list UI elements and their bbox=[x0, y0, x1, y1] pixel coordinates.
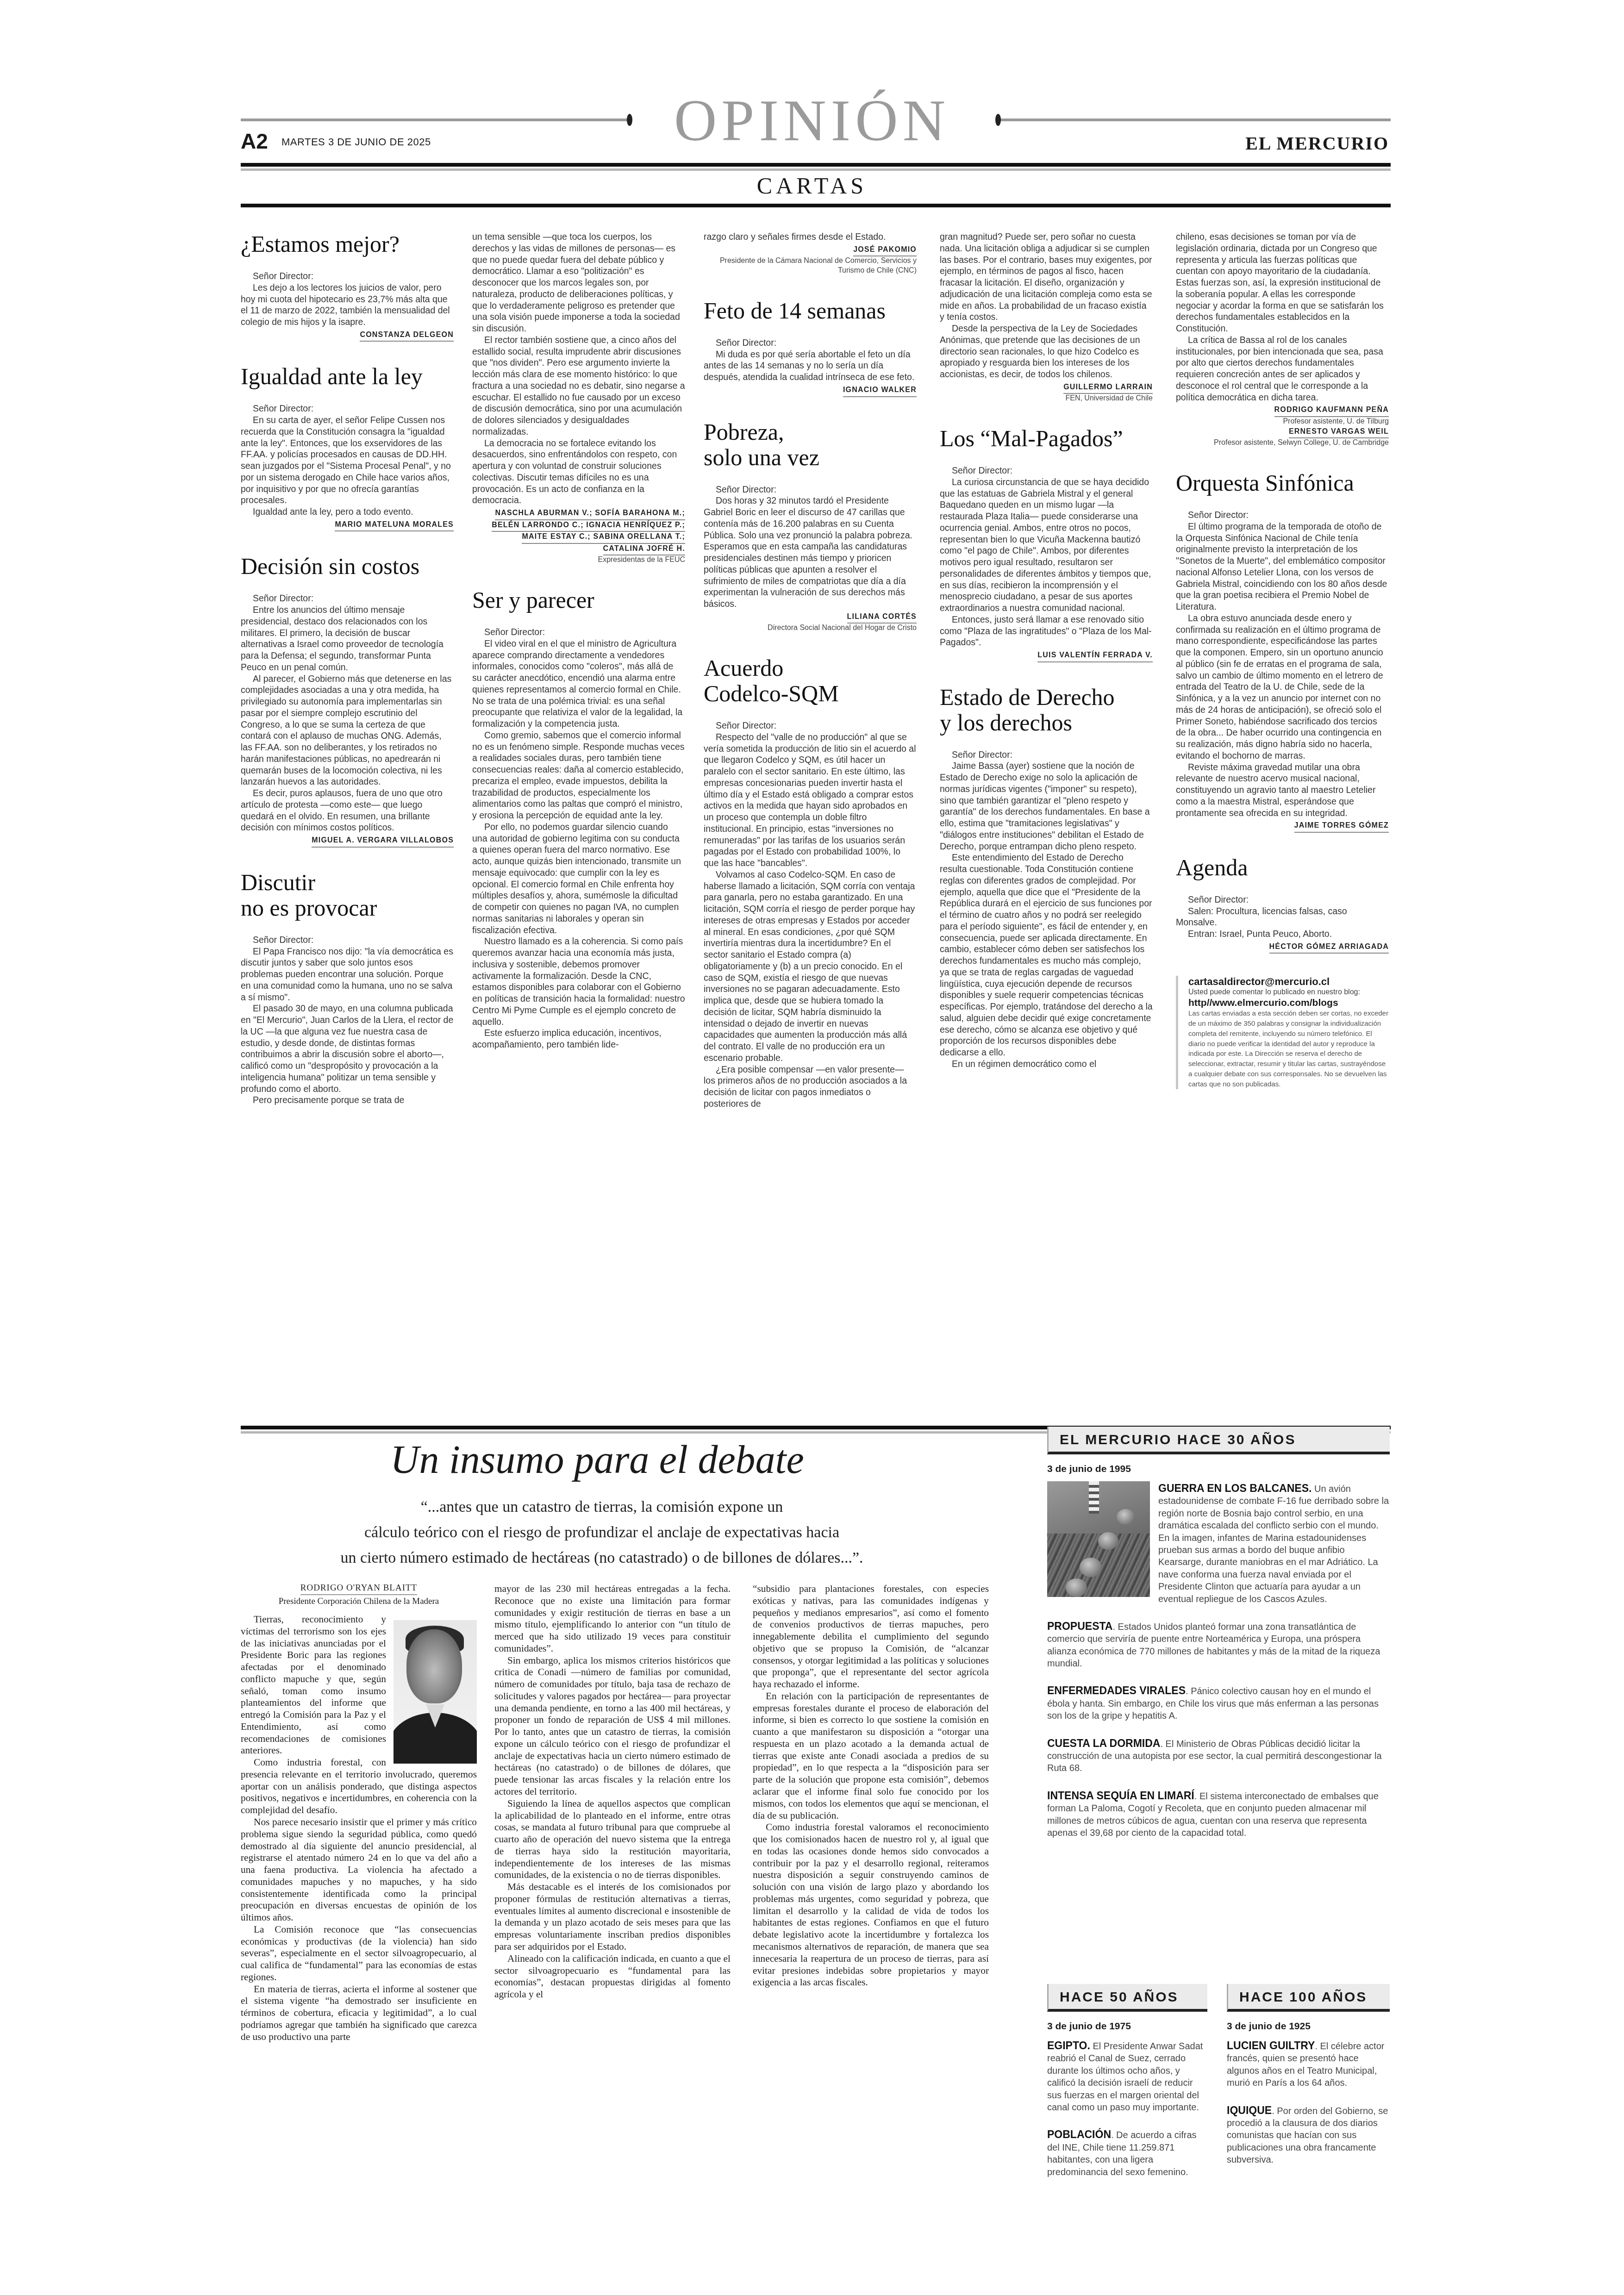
letters-column-5: chileno, esas decisiones se toman por ví… bbox=[1176, 231, 1389, 1089]
letter-title: Agenda bbox=[1176, 855, 1389, 880]
letter-paragraph: chileno, esas decisiones se toman por ví… bbox=[1176, 231, 1389, 335]
title-line: Acuerdo bbox=[704, 655, 783, 681]
letter-codelco-sqm: AcuerdoCodelco-SQM Señor Director: Respe… bbox=[704, 655, 917, 1110]
subsection-rule bbox=[241, 204, 1391, 207]
title-line: no es provocar bbox=[241, 895, 377, 921]
letter-title: Orquesta Sinfónica bbox=[1176, 470, 1389, 496]
letter-paragraph: Desde la perspectiva de la Ley de Socied… bbox=[940, 323, 1153, 380]
letters-rules: Las cartas enviadas a esta sección deben… bbox=[1188, 1009, 1389, 1089]
item-headline: EGIPTO. bbox=[1047, 2039, 1090, 2052]
letter-salute: Señor Director: bbox=[241, 593, 454, 605]
history-item: LUCIEN GUILTRY. El célebre actor francés… bbox=[1227, 2039, 1390, 2089]
letter-salute: Señor Director: bbox=[241, 935, 454, 946]
letter-title: Estado de Derechoy los derechos bbox=[940, 685, 1153, 736]
hace-100-date: 3 de junio de 1925 bbox=[1227, 2021, 1390, 2032]
letter-signature: JOSÉ PAKOMIO bbox=[853, 245, 917, 257]
letter-paragraph: Jaime Bassa (ayer) sostiene que la noció… bbox=[940, 761, 1153, 852]
hace-30-anos: EL MERCURIO HACE 30 AÑOS 3 de junio de 1… bbox=[1047, 1427, 1390, 1853]
letter-signature: CONSTANZA DELGEON bbox=[360, 330, 454, 342]
letter-paragraph: La obra estuvo anunciada desde enero y c… bbox=[1176, 613, 1389, 762]
letter-paragraph: razgo claro y señales firmes desde el Es… bbox=[704, 231, 917, 243]
oped-paragraph: Como industria forestal valoramos el rec… bbox=[753, 1821, 989, 1989]
oped-paragraph: La Comisión reconoce que “las consecuenc… bbox=[241, 1924, 477, 1983]
letter-orquesta-sinfonica: Orquesta Sinfónica Señor Director: El úl… bbox=[1176, 470, 1389, 833]
letter-paragraph: un tema sensible —que toca los cuerpos, … bbox=[472, 231, 685, 335]
letter-signature: LUIS VALENTÍN FERRADA V. bbox=[1037, 650, 1153, 662]
letter-salute: Señor Director: bbox=[704, 484, 917, 496]
letter-salute: Señor Director: bbox=[241, 271, 454, 282]
letter-paragraph: Pero precisamente porque se trata de bbox=[241, 1095, 454, 1106]
letter-title: Pobreza,solo una vez bbox=[704, 419, 917, 470]
letter-feto: Feto de 14 semanas Señor Director: Mi du… bbox=[704, 298, 917, 397]
history-item: CUESTA LA DORMIDA. El Ministerio de Obra… bbox=[1047, 1736, 1390, 1775]
title-line: y los derechos bbox=[940, 710, 1072, 736]
letter-paragraph: La curiosa circunstancia de que se haya … bbox=[940, 477, 1153, 614]
oped-paragraph: En materia de tierras, acierta el inform… bbox=[241, 1983, 477, 2043]
letter-salute: Señor Director: bbox=[704, 720, 917, 732]
letters-email-link[interactable]: cartasaldirector@mercurio.cl bbox=[1188, 976, 1389, 988]
letter-signature: HÉCTOR GÓMEZ ARRIAGADA bbox=[1269, 942, 1389, 954]
history-item: GUERRA EN LOS BALCANES. Un avión estadou… bbox=[1047, 1481, 1390, 1605]
letter-paragraph: Dos horas y 32 minutos tardó el Presiden… bbox=[704, 495, 917, 610]
author-portrait bbox=[394, 1620, 477, 1764]
letter-decision-sin-costos: Decisión sin costos Señor Director: Entr… bbox=[241, 554, 454, 847]
item-text: Un avión estadounidense de combate F-16 … bbox=[1158, 1484, 1389, 1604]
letter-paragraph: En un régimen democrático como el bbox=[940, 1059, 1153, 1070]
letter-paragraph: Volvamos al caso Codelco-SQM. En caso de… bbox=[704, 869, 917, 1064]
letter-codelco-continued: gran magnitud? Puede ser, pero soñar no … bbox=[940, 231, 1153, 404]
hace-50-header: HACE 50 AÑOS bbox=[1047, 1984, 1207, 2012]
hace-50-anos: HACE 50 AÑOS 3 de junio de 1975 EGIPTO. … bbox=[1047, 1984, 1207, 2192]
letter-discutir: Discutirno es provocar Señor Director: E… bbox=[241, 870, 454, 1106]
letter-mal-pagados: Los “Mal-Pagados” Señor Director: La cur… bbox=[940, 426, 1153, 662]
letter-salute: Señor Director: bbox=[472, 627, 685, 638]
item-text: El Presidente Anwar Sadat reabrió el Can… bbox=[1047, 2041, 1203, 2113]
hace-50-date: 3 de junio de 1975 bbox=[1047, 2021, 1207, 2032]
subsection-title: CARTAS bbox=[0, 174, 1624, 197]
letter-signature: LILIANA CORTÉS bbox=[847, 612, 917, 624]
letter-signature: BELÉN LARRONDO C.; IGNACIA HENRÍQUEZ P.; bbox=[492, 520, 685, 532]
letter-title: AcuerdoCodelco-SQM bbox=[704, 655, 917, 706]
oped-author: RODRIGO O'RYAN BLAITT bbox=[241, 1583, 477, 1594]
letter-ser-y-parecer-continued: razgo claro y señales firmes desde el Es… bbox=[704, 231, 917, 276]
letter-title: Discutirno es provocar bbox=[241, 870, 454, 921]
letter-salute: Señor Director: bbox=[241, 403, 454, 415]
letter-signature: MIGUEL A. VERGARA VILLALOBOS bbox=[312, 836, 454, 848]
oped-pull-quote: “...antes que un catastro de tierras, la… bbox=[241, 1494, 963, 1571]
header-rule-thin bbox=[241, 168, 1391, 171]
item-headline: POBLACIÓN bbox=[1047, 2128, 1111, 2140]
hace-30-header: EL MERCURIO HACE 30 AÑOS bbox=[1047, 1427, 1390, 1454]
quote-line: un cierto número estimado de hectáreas (… bbox=[241, 1545, 963, 1571]
letter-salute: Señor Director: bbox=[704, 337, 917, 349]
oped-title: Un insumo para el debate bbox=[241, 1440, 954, 1479]
letter-signature: MARIO MATELUNA MORALES bbox=[335, 520, 454, 532]
paragraph-text: Tierras, reconocimiento y víctimas del t… bbox=[241, 1614, 386, 1756]
hace-100-header: HACE 100 AÑOS bbox=[1227, 1984, 1390, 2012]
letter-title: Feto de 14 semanas bbox=[704, 298, 917, 324]
signer-role: Profesor asistente, U. de Tilburg bbox=[1176, 417, 1389, 427]
title-line: Codelco-SQM bbox=[704, 680, 839, 706]
letter-pobreza: Pobreza,solo una vez Señor Director: Dos… bbox=[704, 419, 917, 634]
letter-paragraph: El rector también sostiene que, a cinco … bbox=[472, 335, 685, 438]
oped-paragraph: Más destacable es el interés de los comi… bbox=[494, 1881, 731, 1953]
title-line: Estado de Derecho bbox=[940, 684, 1115, 710]
letter-paragraph: Respecto del "valle de no producción" al… bbox=[704, 732, 917, 869]
history-item: PROPUESTA. Estados Unidos planteó formar… bbox=[1047, 1619, 1390, 1670]
letter-paragraph: La crítica de Bassa al rol de los canale… bbox=[1176, 335, 1389, 404]
marines-photo bbox=[1047, 1481, 1150, 1597]
item-headline: GUERRA EN LOS BALCANES. bbox=[1158, 1482, 1312, 1494]
history-item: ENFERMEDADES VIRALES. Pánico colectivo c… bbox=[1047, 1684, 1390, 1722]
blog-note: Usted puede comentar lo publicado en nue… bbox=[1188, 988, 1389, 998]
oped-author-role: Presidente Corporación Chilena de la Mad… bbox=[241, 1597, 477, 1607]
letter-title: Igualdad ante la ley bbox=[241, 364, 454, 389]
oped-column-3: “subsidio para plantaciones forestales, … bbox=[753, 1583, 989, 1989]
header-rule bbox=[241, 163, 1391, 167]
oped-paragraph: “subsidio para plantaciones forestales, … bbox=[753, 1583, 989, 1690]
signer-role: FEN, Universidad de Chile bbox=[940, 394, 1153, 404]
letters-column-2: un tema sensible —que toca los cuerpos, … bbox=[472, 231, 685, 1073]
history-item: IQUIQUE. Por orden del Gobierno, se proc… bbox=[1227, 2103, 1390, 2166]
author-name: RODRIGO O'RYAN BLAITT bbox=[300, 1583, 417, 1595]
letter-paragraph: Igualdad ante la ley, pero a todo evento… bbox=[241, 506, 454, 518]
oped-paragraph: Siguiendo la línea de aquellos aspectos … bbox=[494, 1798, 731, 1881]
letter-signature: ERNESTO VARGAS WEIL bbox=[1289, 427, 1389, 439]
oped-column-1: RODRIGO O'RYAN BLAITT Presidente Corpora… bbox=[241, 1583, 477, 2043]
item-headline: INTENSA SEQUÍA EN LIMARÍ bbox=[1047, 1790, 1194, 1802]
newspaper-brand: EL MERCURIO bbox=[1245, 134, 1389, 153]
letter-signature: NASCHLA ABURMAN V.; SOFÍA BARAHONA M.; bbox=[495, 508, 685, 520]
letter-signature: GUILLERMO LARRAIN bbox=[1063, 382, 1153, 394]
letter-paragraph: El video viral en el que el ministro de … bbox=[472, 638, 685, 730]
title-line: Pobreza, bbox=[704, 419, 784, 445]
letter-signature: RODRIGO KAUFMANN PEÑA bbox=[1274, 405, 1389, 417]
item-headline: CUESTA LA DORMIDA bbox=[1047, 1737, 1160, 1749]
oped-paragraph: En relación con la participación de repr… bbox=[753, 1690, 989, 1821]
letter-estado-de-derecho-continued: chileno, esas decisiones se toman por ví… bbox=[1176, 231, 1389, 448]
letter-title: Los “Mal-Pagados” bbox=[940, 426, 1153, 451]
letter-salute: Señor Director: bbox=[940, 749, 1153, 761]
letter-paragraph: El último programa de la temporada de ot… bbox=[1176, 521, 1389, 613]
letter-agenda: Agenda Señor Director: Salen: Procultura… bbox=[1176, 855, 1389, 954]
letter-discutir-continued: un tema sensible —que toca los cuerpos, … bbox=[472, 231, 685, 565]
letter-paragraph: Les dejo a los lectores los juicios de v… bbox=[241, 282, 454, 328]
item-headline: PROPUESTA bbox=[1047, 1620, 1112, 1632]
letter-paragraph: Salen: Procultura, licencias falsas, cas… bbox=[1176, 906, 1389, 929]
letter-paragraph: Mi duda es por qué sería abortable el fe… bbox=[704, 349, 917, 383]
history-item: INTENSA SEQUÍA EN LIMARÍ. El sistema int… bbox=[1047, 1789, 1390, 1840]
letter-paragraph: El pasado 30 de mayo, en una columna pub… bbox=[241, 1003, 454, 1095]
oped-paragraph: mayor de las 230 mil hectáreas entregada… bbox=[494, 1583, 731, 1655]
letter-title: ¿Estamos mejor? bbox=[241, 231, 454, 257]
blog-url-link[interactable]: http//www.elmercurio.com/blogs bbox=[1188, 998, 1389, 1009]
letter-paragraph: Entran: Israel, Punta Peuco, Aborto. bbox=[1176, 929, 1389, 940]
letter-paragraph: Este entendimiento del Estado de Derecho… bbox=[940, 852, 1153, 1059]
letter-ser-y-parecer: Ser y parecer Señor Director: El video v… bbox=[472, 587, 685, 1051]
signer-role: Profesor asistente, Selwyn College, U. d… bbox=[1176, 438, 1389, 448]
letter-estamos-mejor: ¿Estamos mejor? Señor Director: Les dejo… bbox=[241, 231, 454, 342]
signer-role: Directora Social Nacional del Hogar de C… bbox=[704, 624, 917, 633]
letters-contact-box: cartasaldirector@mercurio.cl Usted puede… bbox=[1176, 976, 1389, 1089]
letter-paragraph: Por ello, no podemos guardar silencio cu… bbox=[472, 822, 685, 936]
letters-column-1: ¿Estamos mejor? Señor Director: Les dejo… bbox=[241, 231, 454, 1129]
oped-column-2: mayor de las 230 mil hectáreas entregada… bbox=[494, 1583, 731, 2001]
signer-role: Expresidentas de la FEUC bbox=[472, 555, 685, 565]
quote-line: “...antes que un catastro de tierras, la… bbox=[241, 1494, 963, 1520]
letter-signature: MAITE ESTAY C.; SABINA ORELLANA T.; bbox=[522, 532, 685, 544]
history-item: POBLACIÓN. De acuerdo a cifras del INE, … bbox=[1047, 2127, 1207, 2178]
item-headline: ENFERMEDADES VIRALES bbox=[1047, 1684, 1186, 1696]
letter-paragraph: Entre los anuncios del último mensaje pr… bbox=[241, 605, 454, 674]
letter-paragraph: Es decir, puros aplausos, fuera de uno q… bbox=[241, 788, 454, 834]
letter-estado-de-derecho: Estado de Derechoy los derechos Señor Di… bbox=[940, 685, 1153, 1070]
letter-salute: Señor Director: bbox=[940, 465, 1153, 477]
letter-igualdad: Igualdad ante la ley Señor Director: En … bbox=[241, 364, 454, 531]
letter-paragraph: Reviste máxima gravedad mutilar una obra… bbox=[1176, 762, 1389, 819]
letter-paragraph: El Papa Francisco nos dijo: "la vía demo… bbox=[241, 946, 454, 1004]
letters-column-3: razgo claro y señales firmes desde el Es… bbox=[704, 231, 917, 1132]
oped-paragraph: Tierras, reconocimiento y víctimas del t… bbox=[241, 1614, 477, 1757]
letter-paragraph: Este esfuerzo implica educación, incenti… bbox=[472, 1028, 685, 1051]
page-date: MARTES 3 DE JUNIO DE 2025 bbox=[281, 137, 431, 147]
letter-salute: Señor Director: bbox=[1176, 894, 1389, 906]
letter-paragraph: Al parecer, el Gobierno más que deteners… bbox=[241, 674, 454, 788]
oped-paragraph: Como industria forestal, con presencia r… bbox=[241, 1757, 477, 1816]
title-line: solo una vez bbox=[704, 444, 819, 470]
letter-paragraph: Como gremio, sabemos que el comercio inf… bbox=[472, 730, 685, 822]
letter-paragraph: Entonces, justo será llamar a ese renova… bbox=[940, 614, 1153, 649]
item-headline: LUCIEN GUILTRY bbox=[1227, 2039, 1315, 2052]
letter-signature: CATALINA JOFRÉ H. bbox=[603, 544, 685, 556]
letter-salute: Señor Director: bbox=[1176, 510, 1389, 521]
history-item: EGIPTO. El Presidente Anwar Sadat reabri… bbox=[1047, 2039, 1207, 2114]
item-headline: IQUIQUE bbox=[1227, 2104, 1272, 2116]
letters-column-4: gran magnitud? Puede ser, pero soñar no … bbox=[940, 231, 1153, 1092]
page-number: A2 bbox=[241, 131, 268, 152]
letter-paragraph: gran magnitud? Puede ser, pero soñar no … bbox=[940, 231, 1153, 323]
hace-100-anos: HACE 100 AÑOS 3 de junio de 1925 LUCIEN … bbox=[1227, 1984, 1390, 2180]
letter-paragraph: La democracia no se fortalece evitando l… bbox=[472, 438, 685, 507]
oped-paragraph: Sin embargo, aplica los mismos criterios… bbox=[494, 1655, 731, 1798]
signer-role: Presidente de la Cámara Nacional de Come… bbox=[704, 256, 917, 276]
oped-paragraph: Nos parece necesario insistir que el pri… bbox=[241, 1816, 477, 1924]
quote-line: cálculo teórico con el riesgo de profund… bbox=[241, 1520, 963, 1545]
oped-paragraph: Alineado con la calificación indicada, e… bbox=[494, 1953, 731, 2001]
letter-paragraph: En su carta de ayer, el señor Felipe Cus… bbox=[241, 415, 454, 506]
hace-30-date: 3 de junio de 1995 bbox=[1047, 1464, 1390, 1475]
letter-title: Ser y parecer bbox=[472, 587, 685, 613]
letter-signature: IGNACIO WALKER bbox=[843, 385, 917, 397]
title-line: Discutir bbox=[241, 869, 315, 895]
letter-paragraph: Nuestro llamado es a la coherencia. Si c… bbox=[472, 936, 685, 1028]
letter-title: Decisión sin costos bbox=[241, 554, 454, 579]
letter-signature: JAIME TORRES GÓMEZ bbox=[1294, 821, 1389, 833]
letter-paragraph: ¿Era posible compensar —en valor present… bbox=[704, 1064, 917, 1110]
